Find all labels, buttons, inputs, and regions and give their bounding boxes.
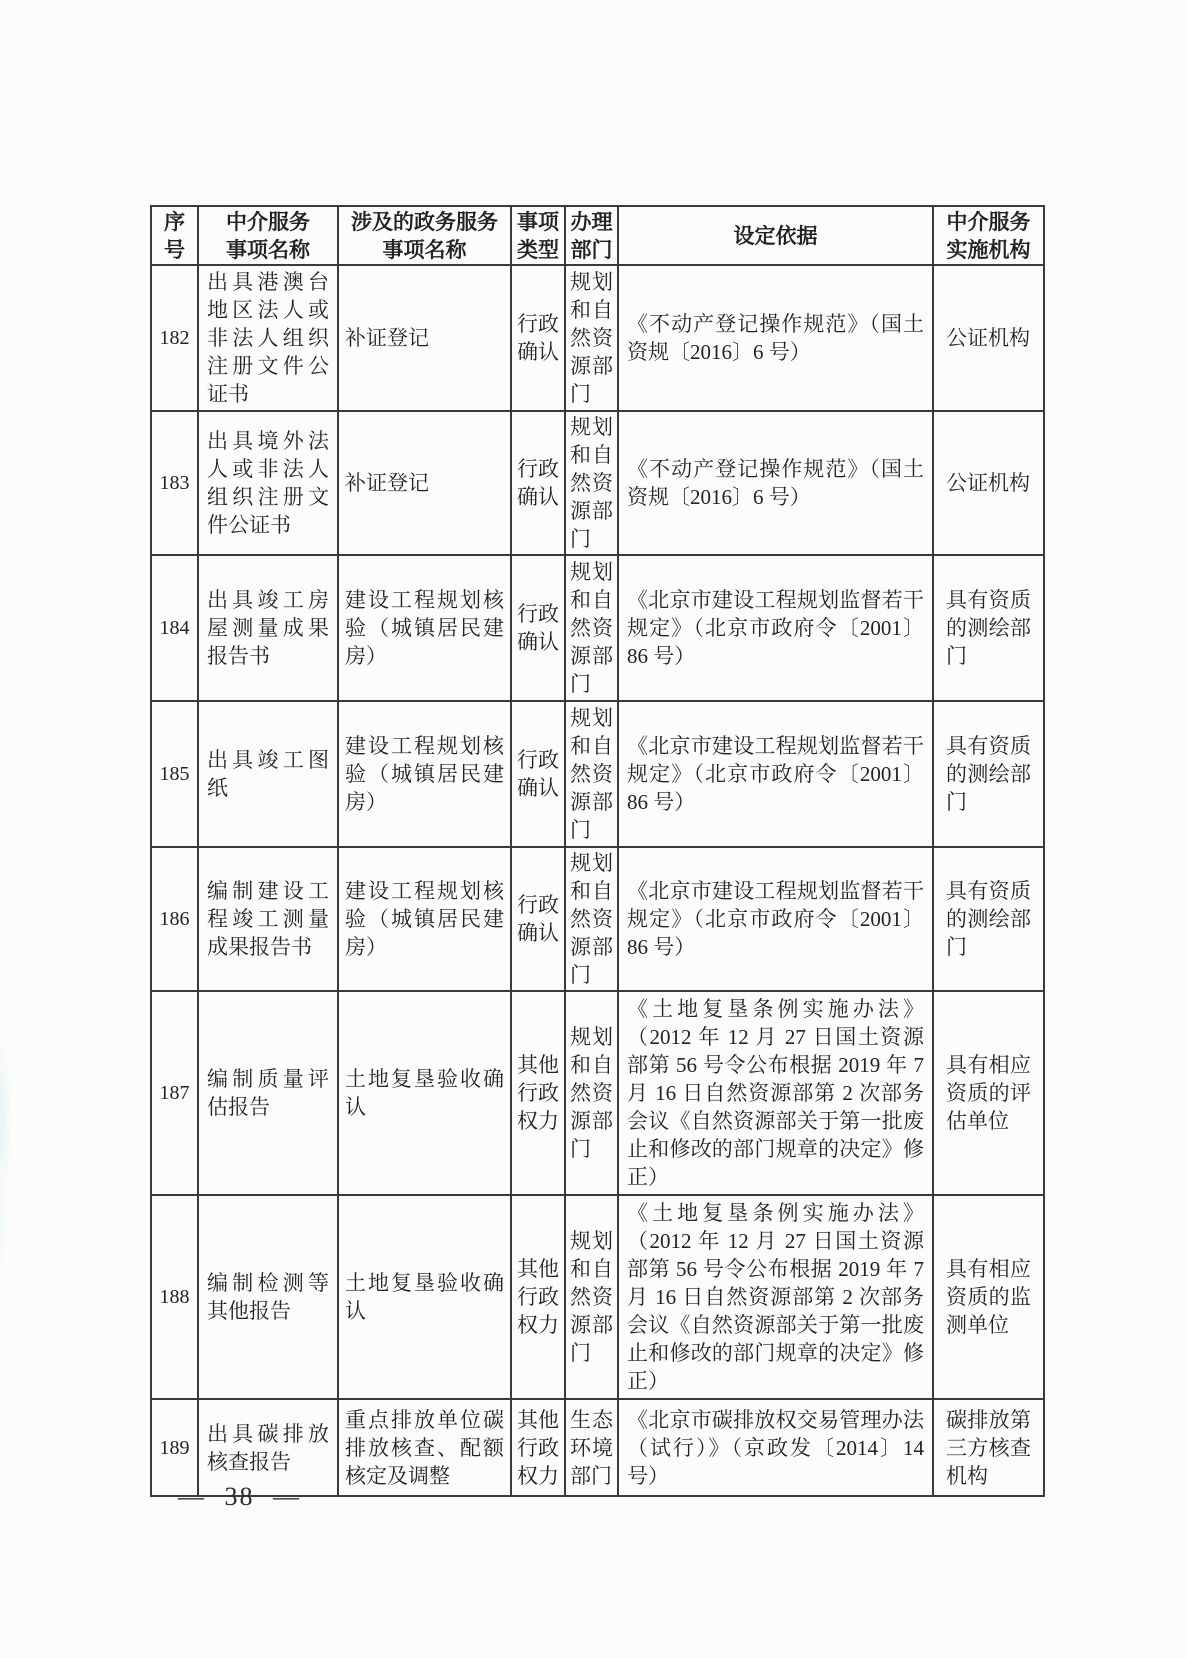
cell-gov-item: 建设工程规划核验（城镇居民建房） [338, 701, 511, 847]
cell-legal-basis: 《北京市建设工程规划监督若干规定》（北京市政府令〔2001〕86 号） [618, 701, 933, 847]
cell-legal-basis: 《土地复垦条例实施办法》（2012 年 12 月 27 日国土资源部第 56 号… [618, 1195, 933, 1399]
cell-gov-item: 重点排放单位碳排放核查、配额核定及调整 [338, 1399, 511, 1496]
cell-department: 生态环境部门 [565, 1399, 618, 1496]
page-number: — 38 — [178, 1482, 301, 1512]
cell-legal-basis: 《不动产登记操作规范》（国土资规〔2016〕6 号） [618, 265, 933, 411]
cell-no: 188 [151, 1195, 198, 1399]
cell-no: 185 [151, 701, 198, 847]
cell-legal-basis: 《不动产登记操作规范》（国土资规〔2016〕6 号） [618, 411, 933, 555]
table-header-row: 序 号 中介服务 事项名称 涉及的政务服务 事项名称 事项 类型 办理 部门 设… [151, 206, 1044, 265]
col-header-agency: 中介服务 实施机构 [933, 206, 1044, 265]
table-row-187: 187 编制质量评估报告 土地复垦验收确认 其他行政权力 规划和自然资源部门 《… [151, 991, 1044, 1195]
cell-item-type: 行政确认 [511, 847, 565, 991]
cell-department: 规划和自然资源部门 [565, 265, 618, 411]
cell-legal-basis: 《土地复垦条例实施办法》（2012 年 12 月 27 日国土资源部第 56 号… [618, 991, 933, 1195]
cell-no: 186 [151, 847, 198, 991]
cell-gov-item: 土地复垦验收确认 [338, 1195, 511, 1399]
table-row-182: 182 出具港澳台地区法人或非法人组织注册文件公证书 补证登记 行政确认 规划和… [151, 265, 1044, 411]
table-row-184: 184 出具竣工房屋测量成果报告书 建设工程规划核验（城镇居民建房） 行政确认 … [151, 555, 1044, 701]
cell-agency: 具有相应资质的监测单位 [933, 1195, 1044, 1399]
cell-agency: 具有资质的测绘部门 [933, 847, 1044, 991]
cell-gov-item: 补证登记 [338, 411, 511, 555]
cell-gov-item: 建设工程规划核验（城镇居民建房） [338, 847, 511, 991]
document-page: 序 号 中介服务 事项名称 涉及的政务服务 事项名称 事项 类型 办理 部门 设… [0, 0, 1186, 1658]
col-header-no: 序 号 [151, 206, 198, 265]
cell-gov-item: 土地复垦验收确认 [338, 991, 511, 1195]
cell-agency: 具有资质的测绘部门 [933, 555, 1044, 701]
cell-service-name: 出具港澳台地区法人或非法人组织注册文件公证书 [198, 265, 338, 411]
cell-service-name: 出具竣工图纸 [198, 701, 338, 847]
cell-gov-item: 补证登记 [338, 265, 511, 411]
cell-department: 规划和自然资源部门 [565, 701, 618, 847]
cell-item-type: 其他行政权力 [511, 991, 565, 1195]
cell-service-name: 编制检测等其他报告 [198, 1195, 338, 1399]
col-header-gov-item: 涉及的政务服务 事项名称 [338, 206, 511, 265]
cell-agency: 碳排放第三方核查机构 [933, 1399, 1044, 1496]
table-row-188: 188 编制检测等其他报告 土地复垦验收确认 其他行政权力 规划和自然资源部门 … [151, 1195, 1044, 1399]
table-row-186: 186 编制建设工程竣工测量成果报告书 建设工程规划核验（城镇居民建房） 行政确… [151, 847, 1044, 991]
cell-agency: 具有资质的测绘部门 [933, 701, 1044, 847]
cell-department: 规划和自然资源部门 [565, 991, 618, 1195]
cell-no: 184 [151, 555, 198, 701]
table-row-183: 183 出具境外法人或非法人组织注册文件公证书 补证登记 行政确认 规划和自然资… [151, 411, 1044, 555]
cell-item-type: 行政确认 [511, 265, 565, 411]
cell-service-name: 出具竣工房屋测量成果报告书 [198, 555, 338, 701]
cell-department: 规划和自然资源部门 [565, 555, 618, 701]
cell-item-type: 其他行政权力 [511, 1195, 565, 1399]
cell-item-type: 行政确认 [511, 555, 565, 701]
col-header-legal-basis: 设定依据 [618, 206, 933, 265]
cell-service-name: 出具境外法人或非法人组织注册文件公证书 [198, 411, 338, 555]
col-header-service-name: 中介服务 事项名称 [198, 206, 338, 265]
cell-item-type: 行政确认 [511, 411, 565, 555]
cell-agency: 公证机构 [933, 265, 1044, 411]
cell-gov-item: 建设工程规划核验（城镇居民建房） [338, 555, 511, 701]
cell-no: 183 [151, 411, 198, 555]
cell-agency: 具有相应资质的评估单位 [933, 991, 1044, 1195]
cell-legal-basis: 《北京市碳排放权交易管理办法（试行）》（京政发〔2014〕14 号） [618, 1399, 933, 1496]
cell-department: 规划和自然资源部门 [565, 411, 618, 555]
cell-legal-basis: 《北京市建设工程规划监督若干规定》（北京市政府令〔2001〕86 号） [618, 555, 933, 701]
cell-agency: 公证机构 [933, 411, 1044, 555]
service-items-table: 序 号 中介服务 事项名称 涉及的政务服务 事项名称 事项 类型 办理 部门 设… [150, 205, 1045, 1497]
cell-no: 187 [151, 991, 198, 1195]
cell-legal-basis: 《北京市建设工程规划监督若干规定》（北京市政府令〔2001〕86 号） [618, 847, 933, 991]
cell-service-name: 编制建设工程竣工测量成果报告书 [198, 847, 338, 991]
cell-service-name: 编制质量评估报告 [198, 991, 338, 1195]
cell-item-type: 其他行政权力 [511, 1399, 565, 1496]
cell-department: 规划和自然资源部门 [565, 847, 618, 991]
cell-no: 182 [151, 265, 198, 411]
scan-artifact [0, 1180, 8, 1270]
cell-item-type: 行政确认 [511, 701, 565, 847]
col-header-department: 办理 部门 [565, 206, 618, 265]
table-row-185: 185 出具竣工图纸 建设工程规划核验（城镇居民建房） 行政确认 规划和自然资源… [151, 701, 1044, 847]
col-header-item-type: 事项 类型 [511, 206, 565, 265]
scan-artifact [0, 1030, 12, 1210]
cell-department: 规划和自然资源部门 [565, 1195, 618, 1399]
